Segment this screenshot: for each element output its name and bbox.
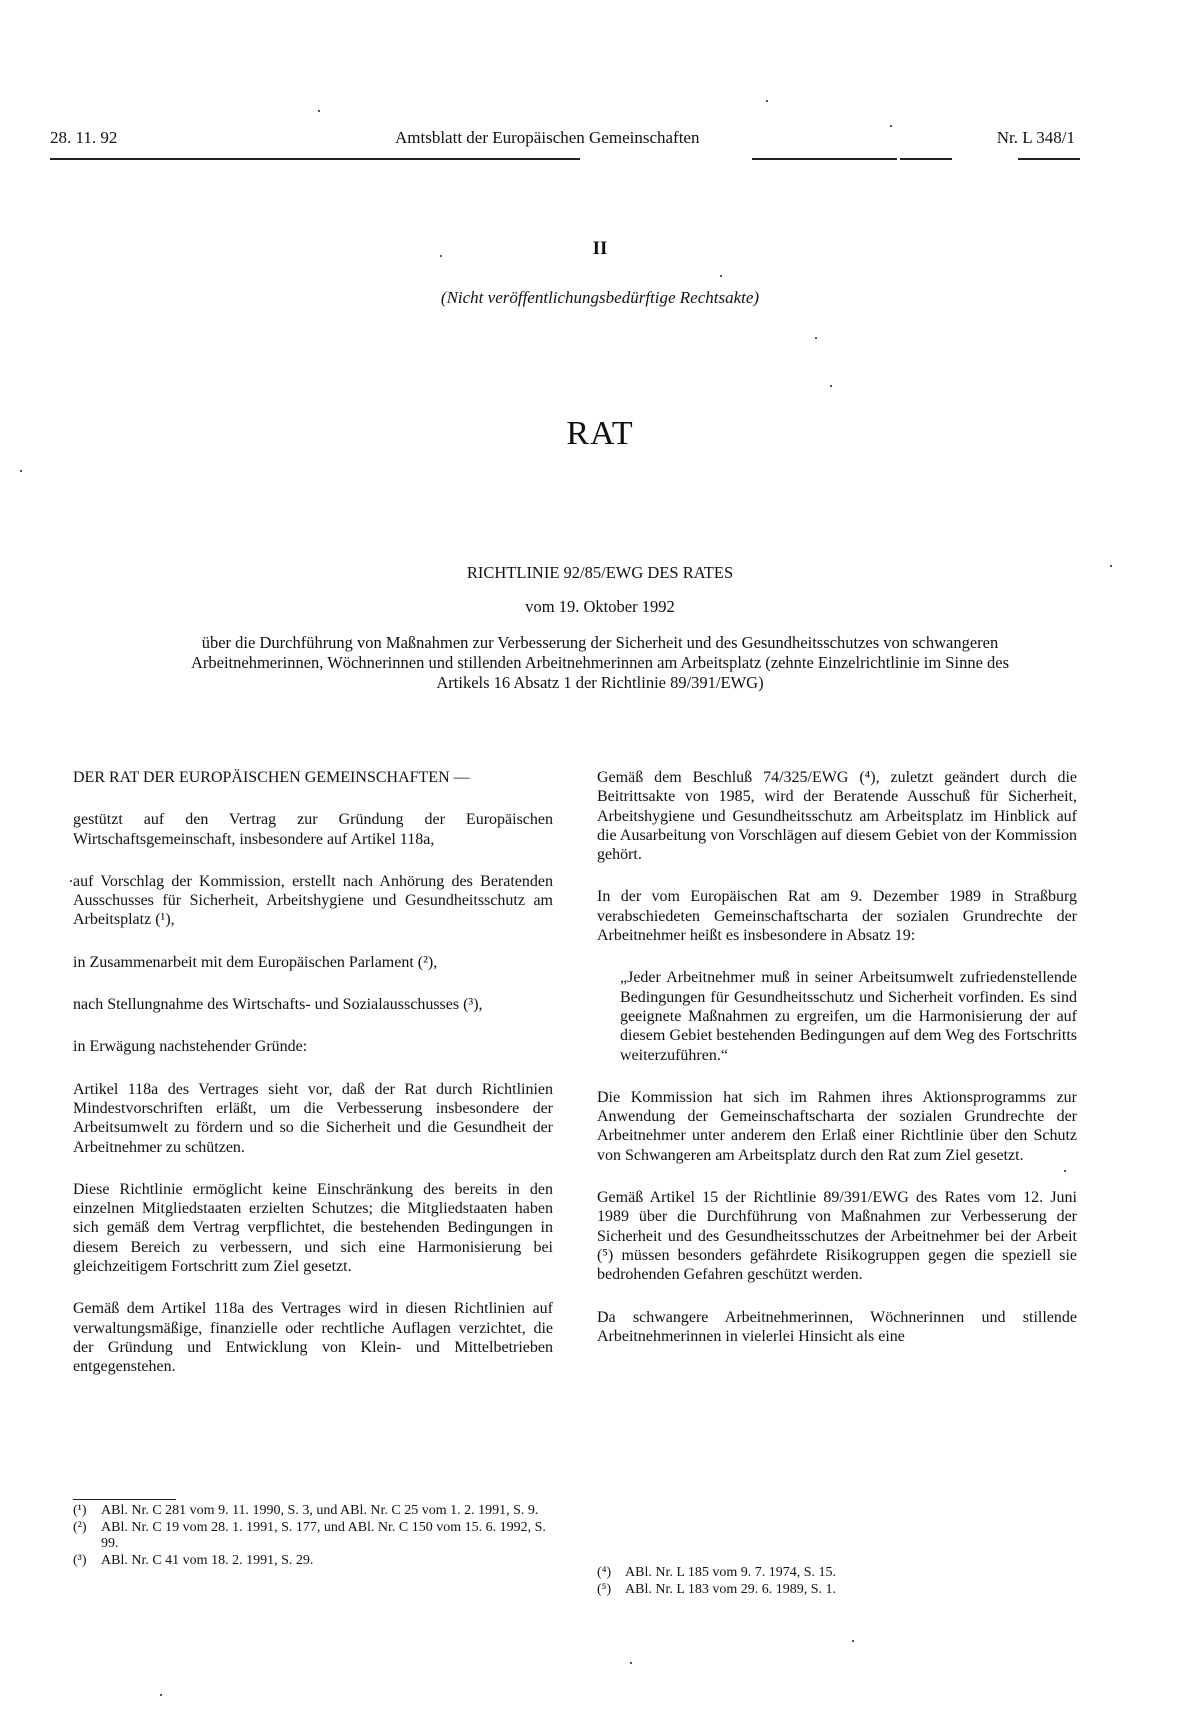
recital-paragraph: Diese Richtlinie ermöglicht keine Einsch… [73,1180,553,1276]
directive-title: RICHTLINIE 92/85/EWG DES RATES [0,563,1200,583]
scan-speck [318,110,320,112]
recital-paragraph: Gemäß dem Beschluß 74/325/EWG (⁴), zulet… [597,768,1077,864]
footnote-text: ABl. Nr. C 41 vom 18. 2. 1991, S. 29. [101,1553,553,1570]
scan-speck [815,337,817,339]
recital-paragraph: nach Stellungnahme des Wirtschafts- und … [73,995,553,1014]
section-subtitle: (Nicht veröffentlichungsbedürftige Recht… [0,288,1200,308]
header-rule-middle [752,158,897,160]
footnote-2: (²) ABl. Nr. C 19 vom 28. 1. 1991, S. 17… [73,1520,553,1553]
issue-number: Nr. L 348/1 [997,128,1075,148]
scan-speck [20,470,22,472]
recital-paragraph: gestützt auf den Vertrag zur Gründung de… [73,810,553,849]
recital-paragraph: Die Kommission hat sich im Rahmen ihres … [597,1088,1077,1165]
right-footnotes: (⁴) ABl. Nr. L 185 vom 9. 7. 1974, S. 15… [597,1565,1077,1598]
recital-paragraph: Artikel 118a des Vertrages sieht vor, da… [73,1080,553,1157]
section-number: II [0,238,1200,260]
scan-speck [1110,565,1112,567]
recital-paragraph: in Erwägung nachstehender Gründe: [73,1037,553,1056]
scan-speck [890,125,892,127]
recital-paragraph: In der vom Europäischen Rat am 9. Dezemb… [597,887,1077,945]
footnote-4: (⁴) ABl. Nr. L 185 vom 9. 7. 1974, S. 15… [597,1565,1077,1582]
scan-speck [766,100,768,102]
footnote-mark: (¹) [73,1503,101,1520]
scan-speck [1064,1170,1066,1172]
left-footnotes: (¹) ABl. Nr. C 281 vom 9. 11. 1990, S. 3… [73,1499,553,1569]
footnote-text: ABl. Nr. C 19 vom 28. 1. 1991, S. 177, u… [101,1520,553,1553]
recital-paragraph: Gemäß Artikel 15 der Richtlinie 89/391/E… [597,1188,1077,1284]
scan-speck [630,1662,632,1664]
header-rule-left [50,158,580,160]
footnote-mark: (⁴) [597,1565,625,1582]
journal-title: Amtsblatt der Europäischen Gemeinschafte… [395,128,699,148]
right-column: Gemäß dem Beschluß 74/325/EWG (⁴), zulet… [597,768,1077,1369]
recital-paragraph: Gemäß dem Artikel 118a des Vertrages wir… [73,1299,553,1376]
header-rule-middle-2 [900,158,952,160]
preamble-opening: DER RAT DER EUROPÄISCHEN GEMEINSCHAFTEN … [73,768,553,787]
header-rule-right [1018,158,1080,160]
running-header: 28. 11. 92 Amtsblatt der Europäischen Ge… [50,128,1075,160]
recital-paragraph: auf Vorschlag der Kommission, erstellt n… [73,872,553,930]
scan-speck [440,255,442,257]
footnote-rule [73,1499,176,1500]
footnote-text: ABl. Nr. L 185 vom 9. 7. 1974, S. 15. [625,1565,1077,1582]
scan-speck [830,385,832,387]
recital-paragraph: in Zusammenarbeit mit dem Europäischen P… [73,953,553,972]
footnote-3: (³) ABl. Nr. C 41 vom 18. 2. 1991, S. 29… [73,1553,553,1570]
recital-paragraph: Da schwangere Arbeitnehmerinnen, Wöchner… [597,1308,1077,1347]
footnote-1: (¹) ABl. Nr. C 281 vom 9. 11. 1990, S. 3… [73,1503,553,1520]
scan-speck [160,1694,162,1696]
footnote-mark: (⁵) [597,1582,625,1599]
left-column: DER RAT DER EUROPÄISCHEN GEMEINSCHAFTEN … [73,768,553,1400]
directive-subject: über die Durchführung von Maßnahmen zur … [175,633,1025,693]
footnote-text: ABl. Nr. C 281 vom 9. 11. 1990, S. 3, un… [101,1503,553,1520]
scan-speck [70,880,72,882]
footnote-mark: (²) [73,1520,101,1553]
footnote-5: (⁵) ABl. Nr. L 183 vom 29. 6. 1989, S. 1… [597,1582,1077,1599]
scan-speck [720,275,722,277]
directive-date: vom 19. Oktober 1992 [0,597,1200,617]
footnote-mark: (³) [73,1553,101,1570]
footnote-text: ABl. Nr. L 183 vom 29. 6. 1989, S. 1. [625,1582,1077,1599]
publication-date: 28. 11. 92 [50,128,117,148]
scan-speck [852,1640,854,1642]
charter-quote: „Jeder Arbeitnehmer muß in seiner Arbeit… [597,968,1077,1064]
institution-heading: RAT [0,415,1200,453]
